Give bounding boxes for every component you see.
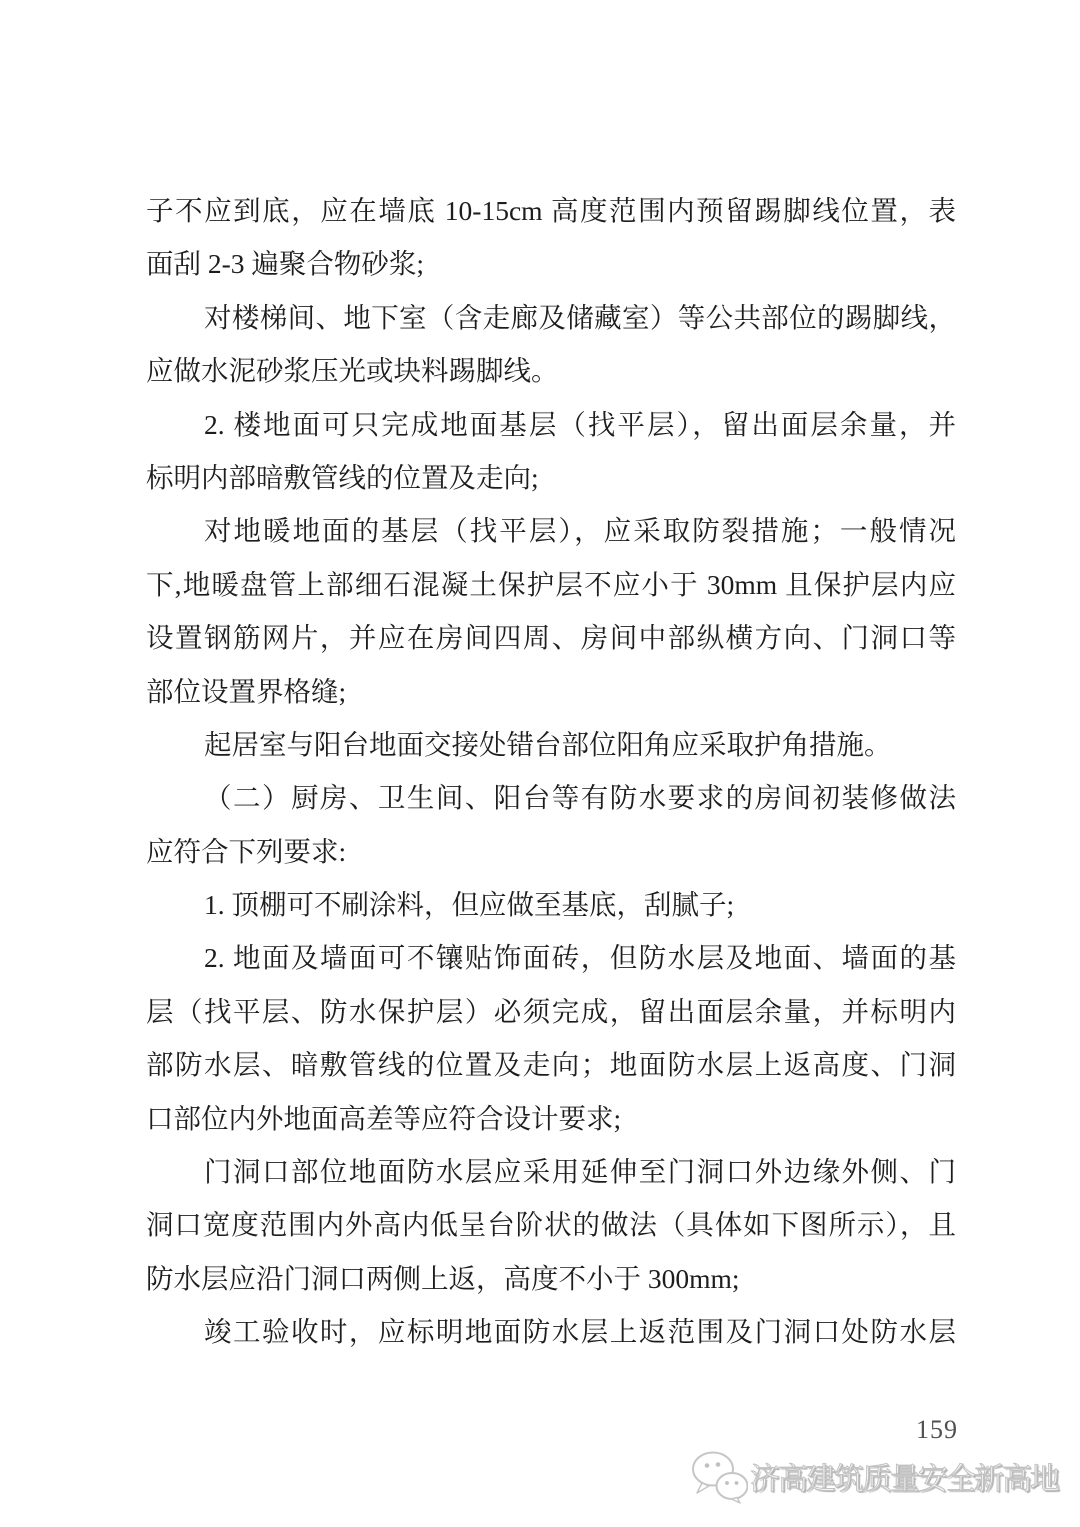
text-line: 面刮 2-3 遍聚合物砂浆; [146, 237, 956, 290]
text-line: 对楼梯间、地下室（含走廊及储藏室）等公共部位的踢脚线， [146, 291, 956, 344]
wechat-icon [690, 1448, 748, 1504]
text-line: 设置钢筋网片，并应在房间四周、房间中部纵横方向、门洞口等 [146, 611, 956, 664]
text-line: 部防水层、暗敷管线的位置及走向；地面防水层上返高度、门洞 [146, 1038, 956, 1091]
text-line: 竣工验收时，应标明地面防水层上返范围及门洞口处防水层 [146, 1305, 956, 1358]
text-line: 层（找平层、防水保护层）必须完成，留出面层余量，并标明内 [146, 985, 956, 1038]
text-line: 部位设置界格缝; [146, 665, 956, 718]
text-line: （二）厨房、卫生间、阳台等有防水要求的房间初装修做法 [146, 771, 956, 824]
text-line: 2. 楼地面可只完成地面基层（找平层），留出面层余量，并 [146, 398, 956, 451]
document-text-block: 子不应到底，应在墙底 10-15cm 高度范围内预留踢脚线位置，表面刮 2-3 … [146, 184, 956, 1359]
document-page: 子不应到底，应在墙底 10-15cm 高度范围内预留踢脚线位置，表面刮 2-3 … [0, 0, 1080, 1527]
text-line: 下,地暖盘管上部细石混凝土保护层不应小于 30mm 且保护层内应 [146, 558, 956, 611]
text-line: 标明内部暗敷管线的位置及走向; [146, 451, 956, 504]
page-number: 159 [916, 1415, 958, 1445]
text-line: 2. 地面及墙面可不镶贴饰面砖，但防水层及地面、墙面的基 [146, 931, 956, 984]
text-line: 口部位内外地面高差等应符合设计要求; [146, 1092, 956, 1145]
text-line: 应符合下列要求: [146, 825, 956, 878]
watermark-text: 济高建筑质量安全新高地 [750, 1454, 1058, 1498]
text-line: 子不应到底，应在墙底 10-15cm 高度范围内预留踢脚线位置，表 [146, 184, 956, 237]
text-line: 防水层应沿门洞口两侧上返，高度不小于 300mm; [146, 1252, 956, 1305]
text-line: 对地暖地面的基层（找平层），应采取防裂措施；一般情况 [146, 504, 956, 557]
text-line: 1. 顶棚可不刷涂料，但应做至基底，刮腻子; [146, 878, 956, 931]
watermark: 济高建筑质量安全新高地 [690, 1446, 1058, 1506]
text-line: 应做水泥砂浆压光或块料踢脚线。 [146, 344, 956, 397]
text-line: 门洞口部位地面防水层应采用延伸至门洞口外边缘外侧、门 [146, 1145, 956, 1198]
text-line: 洞口宽度范围内外高内低呈台阶状的做法（具体如下图所示），且 [146, 1198, 956, 1251]
text-line: 起居室与阳台地面交接处错台部位阳角应采取护角措施。 [146, 718, 956, 771]
